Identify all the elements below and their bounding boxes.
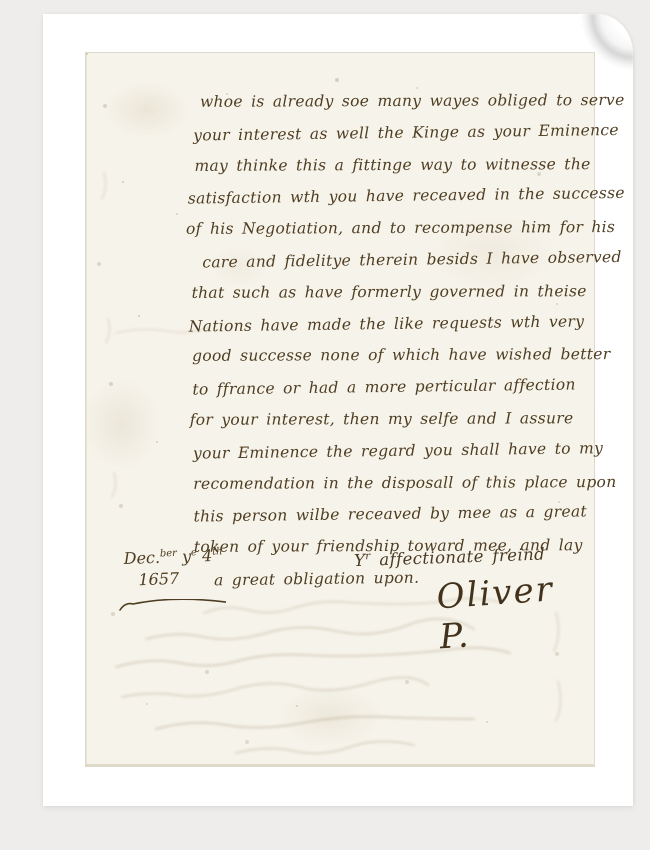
print-sheet: whoe is already soe many wayes obliged t… <box>43 14 633 806</box>
page-background: whoe is already soe many wayes obliged t… <box>0 0 650 850</box>
signature-block: Yr affectionate freind Oliver P. <box>354 547 594 652</box>
signature-oliver: Oliver P. <box>435 567 596 658</box>
letter-line: may thinke this a fittinge way to witnes… <box>194 149 582 182</box>
letter-line: whoe is already soe many wayes obliged t… <box>200 85 582 118</box>
letter-line: of his Negotiation, and to recompense hi… <box>186 212 583 246</box>
letter-date: Dec.ber ye 4th 1657 <box>123 541 224 592</box>
letter-line: recomendation in the disposall of this p… <box>193 467 585 501</box>
pen-flourish <box>116 599 226 615</box>
letter-body: whoe is already soe many wayes obliged t… <box>190 84 586 596</box>
letter-line: to ffrance or had a more perticular affe… <box>192 370 584 407</box>
date-line-1: Dec.ber ye 4th <box>123 541 223 570</box>
closing-line: Yr affectionate freind <box>354 543 595 570</box>
letter-line: care and fidelitye therein besids I have… <box>202 242 583 279</box>
letter-line: satisfaction wth you have receaved in th… <box>188 179 583 216</box>
letter-line: your interest as well the Kinge as your … <box>193 115 582 152</box>
letter-line: Nations have made the like requests wth … <box>189 306 584 343</box>
date-year: 1657 <box>138 567 224 592</box>
letter-line: your Eminence the regard you shall have … <box>193 433 585 470</box>
letter-line: good successe none of which have wished … <box>192 340 584 374</box>
letter-line: for your interest, then my selfe and I a… <box>190 403 585 437</box>
manuscript-paper: whoe is already soe many wayes obliged t… <box>85 52 595 767</box>
letter-line: that such as have formerly governed in t… <box>192 276 584 310</box>
letter-line: this person wilbe receaved by mee as a g… <box>193 497 585 534</box>
